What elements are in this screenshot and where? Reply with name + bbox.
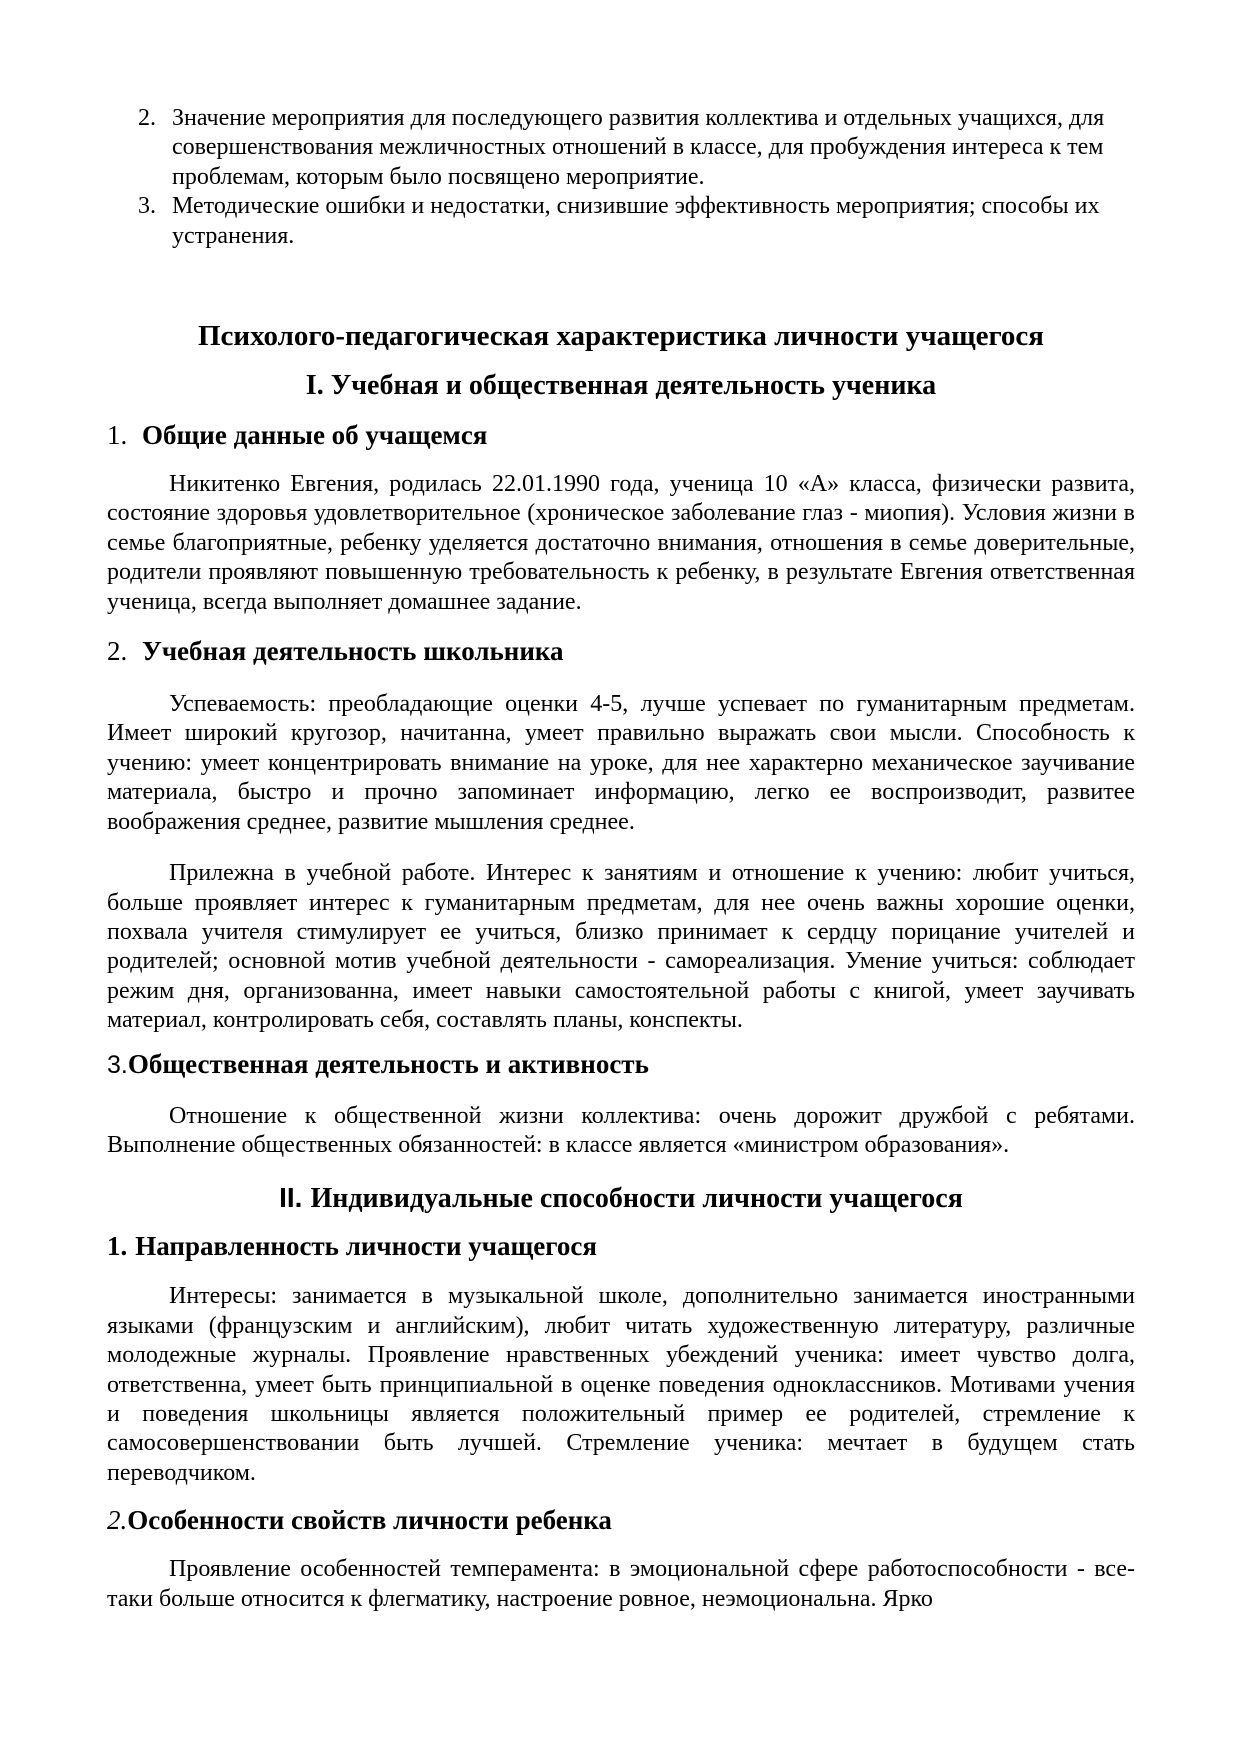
part1-title: I. Учебная и общественная деятельность у… bbox=[107, 369, 1135, 403]
paragraph-interests: Интересы: занимается в музыкальной школе… bbox=[107, 1282, 1135, 1488]
document-title: Психолого-педагогическая характеристика … bbox=[107, 318, 1135, 354]
heading-personality-traits: 2.Особенности свойств личности ребенка bbox=[107, 1504, 1135, 1536]
list-item-text: Методические ошибки и недостатки, снизив… bbox=[172, 192, 1135, 251]
list-item: 3. Методические ошибки и недостатки, сни… bbox=[107, 192, 1135, 251]
part2-number: II. bbox=[279, 1182, 302, 1213]
intro-list: 2. Значение мероприятия для последующего… bbox=[107, 104, 1135, 251]
heading-text: Общие данные об учащемся bbox=[142, 420, 487, 450]
heading-social-activity: 3.Общественная деятельность и активность bbox=[107, 1048, 1135, 1081]
document-page: 2. Значение мероприятия для последующего… bbox=[0, 0, 1241, 1755]
heading-general-data: 1.Общие данные об учащемся bbox=[107, 419, 1135, 451]
heading-number: 2. bbox=[107, 635, 142, 667]
paragraph-diligence: Прилежна в учебной работе. Интерес к зан… bbox=[107, 859, 1135, 1035]
heading-number: 1. bbox=[107, 1231, 127, 1261]
part2-text: Индивидуальные способности личности учащ… bbox=[310, 1183, 962, 1214]
heading-number: 2. bbox=[107, 1505, 127, 1535]
heading-study-activity: 2.Учебная деятельность школьника bbox=[107, 635, 1135, 667]
heading-number: 1. bbox=[107, 419, 142, 451]
part2-title: II.Индивидуальные способности личности у… bbox=[107, 1181, 1135, 1216]
heading-text: Учебная деятельность школьника bbox=[142, 636, 564, 666]
heading-text: Общественная деятельность и активность bbox=[128, 1049, 649, 1079]
list-item-text: Значение мероприятия для последующего ра… bbox=[172, 104, 1135, 192]
paragraph-general-data: Никитенко Евгения, родилась 22.01.1990 г… bbox=[107, 470, 1135, 617]
list-item: 2. Значение мероприятия для последующего… bbox=[107, 104, 1135, 192]
heading-text: Особенности свойств личности ребенка bbox=[127, 1505, 612, 1535]
paragraph-temperament: Проявление особенностей темперамента: в … bbox=[107, 1555, 1135, 1614]
paragraph-social: Отношение к общественной жизни коллектив… bbox=[107, 1102, 1135, 1161]
heading-orientation: 1.Направленность личности учащегося bbox=[107, 1230, 1135, 1262]
paragraph-progress: Успеваемость: преобладающие оценки 4-5, … bbox=[107, 690, 1135, 837]
list-item-number: 3. bbox=[138, 192, 172, 221]
heading-text: Направленность личности учащегося bbox=[135, 1231, 597, 1261]
list-item-number: 2. bbox=[138, 104, 172, 133]
heading-number: 3. bbox=[107, 1051, 128, 1079]
